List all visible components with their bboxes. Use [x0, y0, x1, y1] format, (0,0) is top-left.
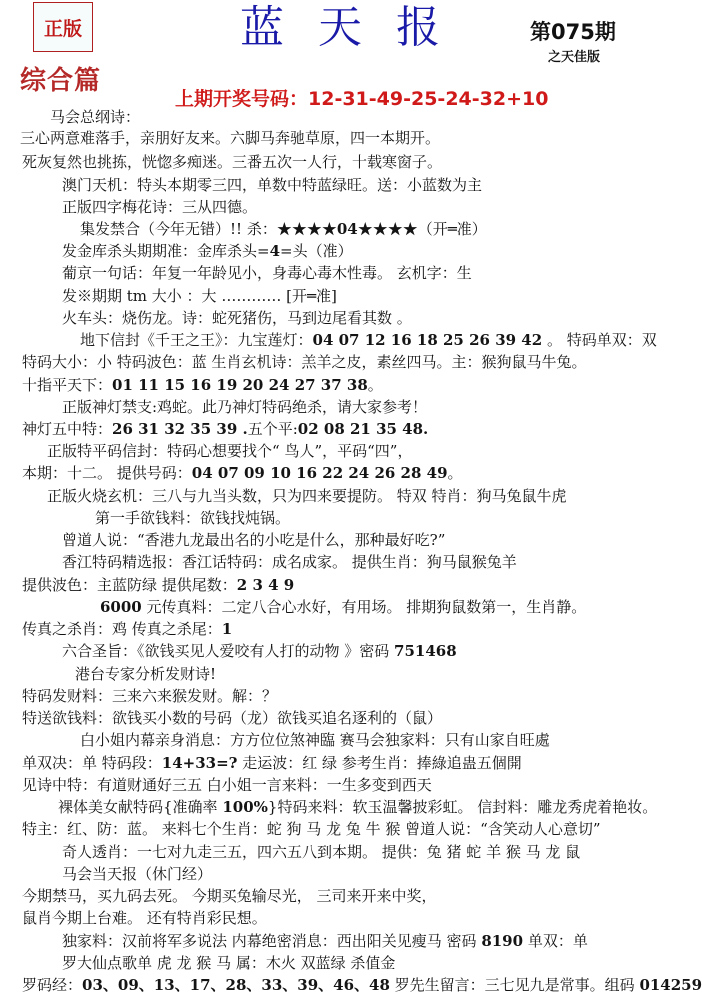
text-line: 港台专家分析发财诗!: [75, 664, 216, 684]
text-line: 6000 元传真料：二定八合心水好，有用场。 排期狗鼠数第一，生肖静。: [100, 597, 586, 617]
section-title: 综合篇: [20, 60, 101, 97]
text-line: 六合圣旨：《欲钱买见人爱咬有人打的动物 》密码 751468: [62, 641, 457, 661]
issue-number: 第075期: [530, 16, 616, 46]
text-line: 奇人透肖：一七对九走三五，四六五八到本期。 提供：兔 猪 蛇 羊 猴 马 龙 鼠: [62, 842, 580, 862]
text-line: 罗大仙点歌单 虎 龙 猴 马 属：木火 双蓝绿 杀值金: [62, 953, 395, 973]
text-line: 三心两意难落手，亲朋好友来。六脚马奔驰草原，四一本期开。: [20, 128, 440, 148]
text-line: 今期禁马，买九码去死。 今期买兔输尽光， 三司来开来中奖，: [22, 886, 437, 906]
text-line: 特送欲钱料：欲钱买小数的号码（龙）欲钱买追名逐利的（鼠）: [22, 708, 442, 728]
text-line: 特码发财料：三来六来猴发财。解：？: [22, 686, 277, 706]
text-line: 地下信封《千王之王》：九宝莲灯：04 07 12 16 18 25 26 39 …: [80, 330, 657, 350]
text-line: 白小姐内幕亲身消息：方方位位煞神臨 赛马会独家料：只有山家自旺處: [80, 730, 550, 750]
text-line: 正版神灯禁支:鸡蛇。此乃神灯特码绝杀，请大家参考！: [62, 397, 427, 417]
text-line: 香江特码精选报：香江话特码：成名成家。 提供生肖：狗马鼠猴兔羊: [62, 552, 517, 572]
text-line: 特主：红、防：蓝。 来料七个生肖：蛇 狗 马 龙 兔 牛 猴 曾道人说：“含笑动…: [22, 819, 601, 839]
text-line: 罗码经：03、09、13、17、28、33、39、46、48 罗先生留言：三七见…: [22, 975, 702, 995]
title-char-2: 天: [318, 0, 362, 56]
text-line: 十指平天下：01 11 15 16 19 20 24 27 37 38。: [22, 375, 383, 395]
last-draw-result: 上期开奖号码：12-31-49-25-24-32+10: [175, 84, 548, 111]
official-edition-badge: 正版: [33, 2, 93, 52]
text-line: 特码大小：小 特码波色：蓝 生肖玄机诗：羔羊之皮，素丝四马。主：猴狗鼠马牛兔。: [22, 352, 587, 372]
text-line: 正版四字梅花诗：三从四德。: [62, 197, 257, 217]
text-line: 独家料：汉前将军多说法 内幕绝密消息：西出阳关见瘦马 密码 8190 单双：单: [62, 931, 588, 951]
text-line: 正版特平码信封：特码心想要找个“ 鸟人”，平码“四”，: [47, 441, 412, 461]
text-line: 死灰复然也挑拣，恍惚多痴迷。三番五次一人行，十载寒窗子。: [22, 152, 442, 172]
text-line: 正版火烧玄机：三八与九当头数，只为四来要提防。 特双 特肖：狗马兔鼠牛虎: [47, 486, 567, 506]
text-line: 第一手欲钱料：欲钱找炖锅。: [95, 508, 290, 528]
last-draw-label: 上期开奖号码：: [175, 88, 308, 110]
text-line: 葡京一句话：年复一年龄见小，身毒心毒木性毒。 玄机字：生: [62, 263, 472, 283]
text-line: 发金库杀头期期准：金库杀头=4=头（准）: [62, 241, 353, 261]
title-char-3: 报: [396, 0, 440, 56]
text-line: 神灯五中特：26 31 32 35 39 .五个平:02 08 21 35 48…: [22, 419, 428, 439]
text-line: 单双决：单 特码段：14+33=? 走运波：红 绿 参考生肖：捧綠追蛊五個開: [22, 753, 522, 773]
text-line: 发※期期 tm 大小 ：大 ………… [开═准]: [62, 286, 337, 306]
text-line: 马会当天报（休门经）: [62, 864, 212, 884]
text-line: 裸体美女献特码{准确率 100%}特码来料：软玉温馨披彩虹。 信封料：雕龙秀虎着…: [58, 797, 657, 817]
text-line: 火车头：烧伤龙。诗：蛇死猪伤，马到边尾看其数 。: [62, 308, 412, 328]
text-line: 本期：十二。 提供号码：04 07 09 10 16 22 24 26 28 4…: [22, 463, 463, 483]
text-line: 曾道人说：“香港九龙最出名的小吃是什么，那种最好吃?”: [62, 530, 445, 550]
text-line: 集发禁合（今年无错）!! 杀：★★★★04★★★★（开═准）: [80, 219, 487, 239]
text-line: 见诗中特：有道财通好三五 白小姐一言来料：一生多变到西天: [22, 775, 432, 795]
text-line: 传真之杀肖：鸡 传真之杀尾：1: [22, 619, 232, 639]
title-char-1: 蓝: [240, 0, 284, 56]
edition-label: 之天佳版: [548, 46, 600, 65]
newspaper-title: 蓝 天 报: [240, 0, 440, 56]
text-line: 马会总纲诗：: [50, 107, 140, 127]
last-draw-numbers: 12-31-49-25-24-32+10: [308, 88, 548, 110]
text-line: 提供波色：主蓝防绿 提供尾数：2 3 4 9: [22, 575, 294, 595]
text-line: 鼠肖今期上台难。 还有特肖彩民想。: [22, 908, 267, 928]
text-line: 澳门天机：特头本期零三四，单数中特蓝绿旺。送：小蓝数为主: [62, 175, 482, 195]
